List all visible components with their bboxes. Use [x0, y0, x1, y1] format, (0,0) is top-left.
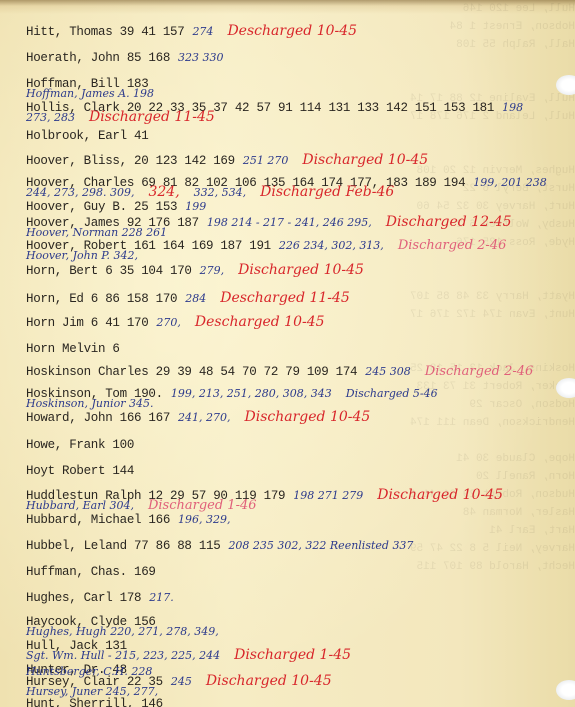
- handwritten-note: 273, 283: [26, 111, 75, 124]
- roster-entry: Horn Melvin 6: [26, 339, 120, 357]
- handwritten-annotation-line: 273, 283Discharged 11-45: [26, 108, 215, 126]
- discharge-note: Descharged 10-45: [195, 314, 325, 330]
- handwritten-note: 226 234, 302, 313,: [279, 239, 384, 252]
- roster-entry: Hubbard, Michael 166196, 329,: [26, 510, 231, 528]
- handwritten-note: 198 214 - 217 - 241, 246 295,: [207, 216, 372, 229]
- discharge-note: Discharged 2-46: [425, 364, 534, 379]
- handwritten-note: 279,: [200, 264, 225, 277]
- roster-entry: Hoskinson Charles 29 39 48 54 70 72 79 1…: [26, 362, 533, 380]
- typed-name-and-pages: Hoyt Robert 144: [26, 464, 134, 478]
- roster-entry: Hoyt Robert 144: [26, 461, 134, 479]
- roster-entry: Horn, Bert 6 35 104 170279,Discharged 10…: [26, 261, 364, 279]
- handwritten-note: 198 271 279: [293, 489, 363, 502]
- roster-entry: Hitt, Thomas 39 41 157274Descharged 10-4…: [26, 22, 357, 40]
- typed-name-and-pages: Hubbel, Leland 77 86 88 115: [26, 539, 220, 553]
- discharge-note: Descharged 10-45: [227, 23, 357, 39]
- roster-entry: Hughes, Carl 178217.: [26, 588, 174, 606]
- handwritten-note: 323 330: [178, 51, 224, 64]
- discharge-note: Discharged 1-45: [234, 647, 351, 663]
- typed-name-and-pages: Horn, Bert 6 35 104 170: [26, 264, 192, 278]
- handwritten-note: 217.: [149, 591, 174, 604]
- handwritten-note: 199, 213, 251, 280, 308, 343: [171, 387, 332, 400]
- handwritten-note: Discharged 5-46: [346, 387, 438, 400]
- typed-name-and-pages: Howe, Frank 100: [26, 438, 134, 452]
- typed-name-and-pages: Hughes, Carl 178: [26, 591, 141, 605]
- handwritten-note: 196, 329,: [178, 513, 230, 526]
- roster-entry: Horn, Ed 6 86 158 170284Descharged 11-45: [26, 289, 350, 307]
- roster-entry: Huffman, Chas. 169: [26, 562, 156, 580]
- roster-entry: Hunt, Sherrill, 146: [26, 694, 163, 707]
- discharge-note: Discharged 11-45: [89, 109, 215, 125]
- handwritten-note: 270,: [156, 316, 181, 329]
- discharge-note: Discharged 10-45: [206, 673, 332, 689]
- handwritten-note: 198: [502, 101, 523, 114]
- handwritten-note: 208 235 302, 322 Reenlisted 337: [228, 539, 413, 552]
- discharge-note: Discharged 10-45: [302, 152, 428, 168]
- handwritten-note: 274: [192, 25, 213, 38]
- roster-entry: Hoerath, John 85 168323 330: [26, 48, 224, 66]
- typed-name-and-pages: Holbrook, Earl 41: [26, 129, 148, 143]
- binder-hole: [556, 75, 575, 95]
- roster-entry: Hoover, Bliss, 20 123 142 169251 270Disc…: [26, 151, 428, 169]
- discharge-note: Descharged 11-45: [220, 290, 350, 306]
- typed-name-and-pages: Horn Jim 6 41 170: [26, 316, 148, 330]
- discharge-note: Discharged 10-45: [238, 262, 364, 278]
- typed-name-and-pages: Hoover, Guy B. 25 153: [26, 200, 177, 214]
- typed-name-and-pages: Hitt, Thomas 39 41 157: [26, 25, 184, 39]
- typed-name-and-pages: Huffman, Chas. 169: [26, 565, 156, 579]
- handwritten-note: 284: [185, 292, 206, 305]
- discharge-note: Discharged Feb-46: [260, 184, 394, 200]
- typed-name-and-pages: Hoover, Bliss, 20 123 142 169: [26, 154, 235, 168]
- roster-entry: Holbrook, Earl 41: [26, 126, 148, 144]
- handwritten-note: 241, 270,: [178, 411, 230, 424]
- handwritten-note: 245: [171, 675, 192, 688]
- binder-hole: [556, 378, 575, 398]
- handwritten-note: 251 270: [243, 154, 289, 167]
- discharge-note: Discharged 2-46: [398, 238, 507, 253]
- handwritten-note: 199: [185, 200, 206, 213]
- roster-entry: Hubbel, Leland 77 86 88 115208 235 302, …: [26, 536, 413, 554]
- roster-entry: Horn Jim 6 41 170270,Descharged 10-45: [26, 313, 325, 331]
- roster-entry: Howe, Frank 100: [26, 435, 134, 453]
- typed-name-and-pages: Hoskinson Charles 29 39 48 54 70 72 79 1…: [26, 365, 357, 379]
- typed-name-and-pages: Howard, John 166 167: [26, 411, 170, 425]
- typed-name-and-pages: Hoerath, John 85 168: [26, 51, 170, 65]
- binder-hole: [556, 680, 575, 700]
- typed-name-and-pages: Hunt, Sherrill, 146: [26, 697, 163, 707]
- discharge-note: Discharged 10-45: [245, 409, 371, 425]
- roster-entry: Howard, John 166 167241, 270,Discharged …: [26, 408, 370, 426]
- handwritten-note: 245 308: [365, 365, 411, 378]
- handwritten-note: 199, 201 238: [473, 176, 546, 189]
- discharge-note: Discharged 10-45: [377, 487, 503, 503]
- typed-name-and-pages: Horn Melvin 6: [26, 342, 120, 356]
- typed-name-and-pages: Hubbard, Michael 166: [26, 513, 170, 527]
- discharge-note: Discharged 12-45: [386, 214, 512, 230]
- typed-name-and-pages: Horn, Ed 6 86 158 170: [26, 292, 177, 306]
